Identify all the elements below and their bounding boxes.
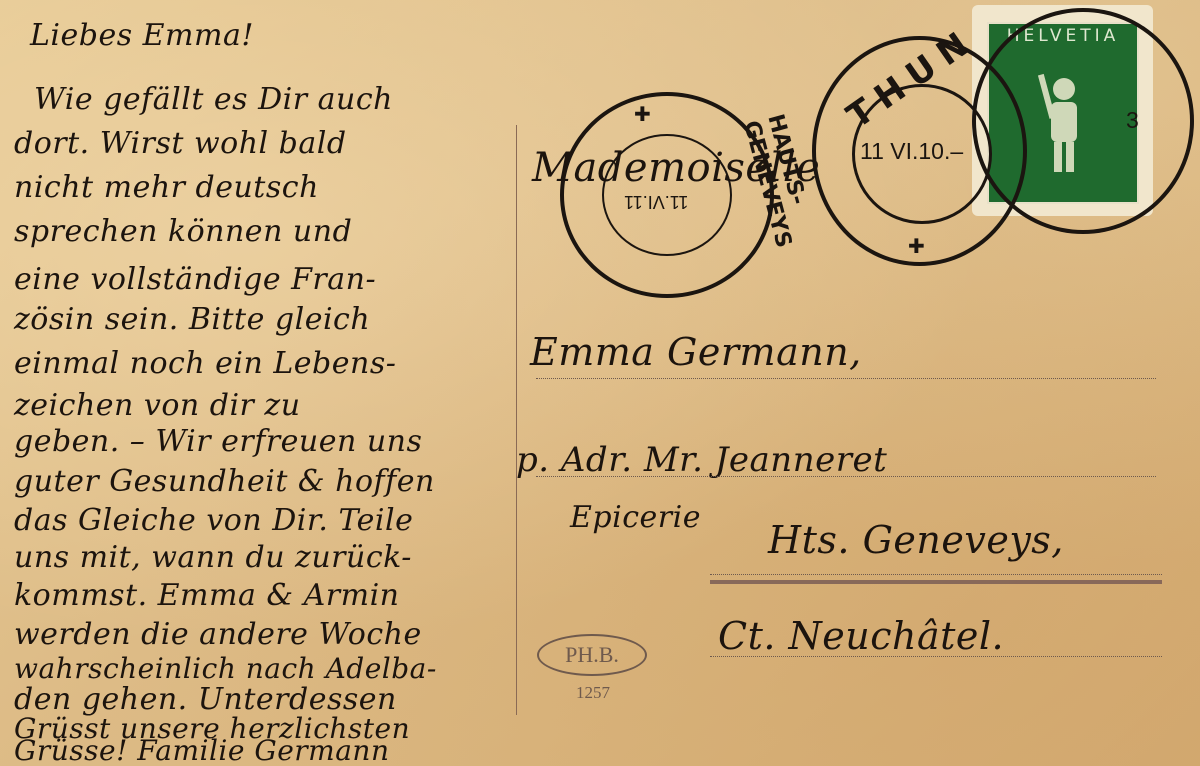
message-line: zeichen von dir zu: [14, 388, 301, 423]
message-line: sprechen können und: [14, 214, 352, 249]
center-divider-line: [516, 125, 517, 715]
postmark-date: 11.VI.11: [624, 191, 688, 212]
postmark-hour: 3: [1126, 107, 1139, 134]
postcard-back: Liebes Emma! Wie gefällt es Dir auch dor…: [0, 0, 1200, 766]
message-line: zösin sein. Bitte gleich: [14, 302, 370, 337]
message-line: kommst. Emma & Armin: [14, 578, 399, 613]
message-line: einmal noch ein Lebens-: [14, 346, 396, 381]
message-line: geben. – Wir erfreuen uns: [14, 424, 422, 459]
address-name: Emma Germann,: [530, 330, 862, 374]
address-care-of: p. Adr. Mr. Jeanneret: [516, 440, 887, 480]
message-line: eine vollständige Fran-: [14, 262, 376, 297]
message-line: dort. Wirst wohl bald: [14, 126, 347, 161]
message-line: werden die andere Woche: [14, 617, 422, 652]
address-town: Hts. Geneveys,: [768, 518, 1064, 562]
swiss-cross-icon: ✚: [634, 102, 651, 127]
message-line: guter Gesundheit & hoffen: [14, 464, 435, 499]
message-line: Liebes Emma!: [30, 18, 254, 53]
postmark-date: 11 VI.10.–: [860, 138, 963, 165]
address-line-rule: [710, 574, 1162, 575]
message-line: wahrscheinlich nach Adelba-: [14, 652, 437, 685]
publisher-mark: PH.B.: [537, 634, 647, 676]
address-business: Epicerie: [570, 500, 701, 535]
message-line: Wie gefällt es Dir auch: [34, 82, 393, 117]
message-line: Grüsse! Familie Germann: [14, 734, 390, 766]
address-town-underline: [710, 580, 1162, 584]
address-salutation: Mademoiselle: [532, 145, 820, 191]
message-line: uns mit, wann du zurück-: [14, 540, 412, 575]
message-line: nicht mehr deutsch: [14, 170, 319, 205]
postmark-hauts-geneveys: HAUTS-GENEVEYS 11.VI.11 ✚: [560, 92, 774, 298]
message-line: das Gleiche von Dir. Teile: [14, 503, 413, 538]
address-line-rule: [536, 476, 1156, 477]
postmark-thun-cancel: 3: [972, 8, 1194, 234]
address-line-rule: [536, 378, 1156, 379]
swiss-cross-icon: ✚: [908, 234, 925, 259]
address-line-rule: [710, 656, 1162, 657]
publisher-number: 1257: [576, 683, 610, 703]
address-canton: Ct. Neuchâtel.: [718, 614, 1004, 658]
